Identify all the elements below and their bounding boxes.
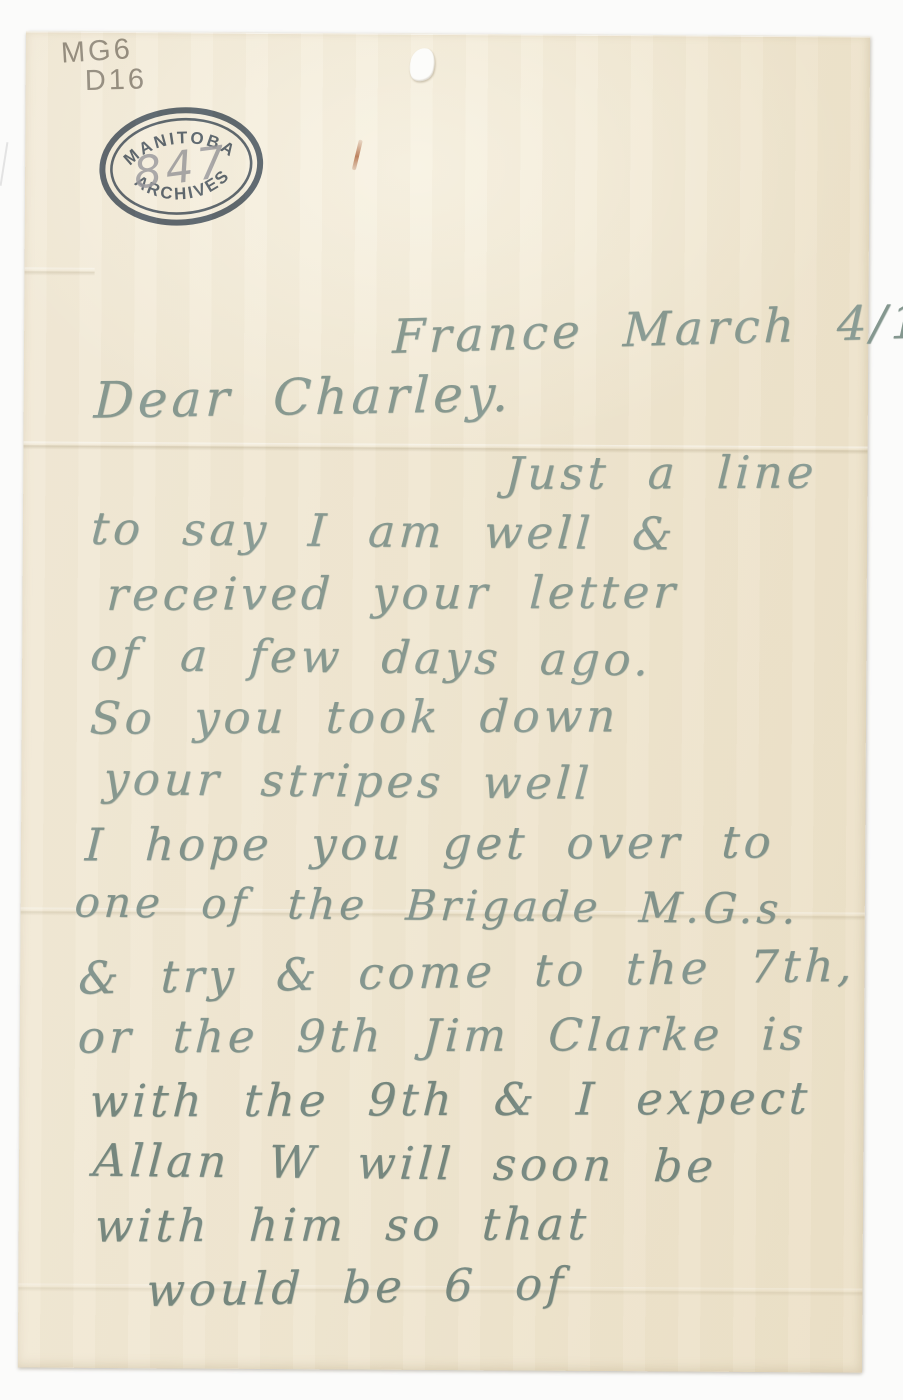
archival-notation: MG6 D16 bbox=[60, 33, 148, 98]
scanned-letter-page: { "archival_notation": { "line1": "MG6",… bbox=[0, 0, 903, 1400]
paper-tear-mark bbox=[406, 45, 440, 85]
manitoba-archives-stamp: MANITOBA ARCHIVES 847 bbox=[83, 96, 280, 253]
letter-line: would be 6 of bbox=[146, 1258, 568, 1317]
letter-salutation: Dear Charley. bbox=[93, 368, 513, 427]
letter-line: & try & come to the 7th, bbox=[77, 940, 856, 1005]
letter-line: one of the Brigade M.G.s. bbox=[73, 876, 801, 935]
letter-line: received your letter bbox=[105, 566, 680, 621]
letter-line: Just a line bbox=[504, 447, 819, 500]
rust-stain bbox=[352, 139, 363, 170]
letter-line: or the 9th Jim Clarke is bbox=[77, 1008, 809, 1063]
letter-paper: MG6 D16 MANITOBA ARCHIVES 847 France Mar… bbox=[18, 31, 870, 1372]
letter-line: I hope you get over to bbox=[84, 816, 776, 871]
letter-line: your stripes well bbox=[102, 753, 594, 810]
crease-line bbox=[25, 267, 95, 275]
letter-line: So you took down bbox=[89, 690, 621, 744]
letter-line: Allan W will soon be bbox=[92, 1135, 719, 1193]
background-scratch bbox=[0, 142, 8, 186]
letter-line: of a few days ago. bbox=[89, 629, 654, 686]
letter-line: with him so that bbox=[94, 1198, 592, 1252]
letter-line: with the 9th & I expect bbox=[88, 1072, 812, 1127]
archival-notation-line2: D16 bbox=[84, 64, 147, 96]
letter-dateline: France March 4/17. bbox=[392, 295, 903, 364]
letter-line: to say I am well & bbox=[89, 503, 678, 561]
